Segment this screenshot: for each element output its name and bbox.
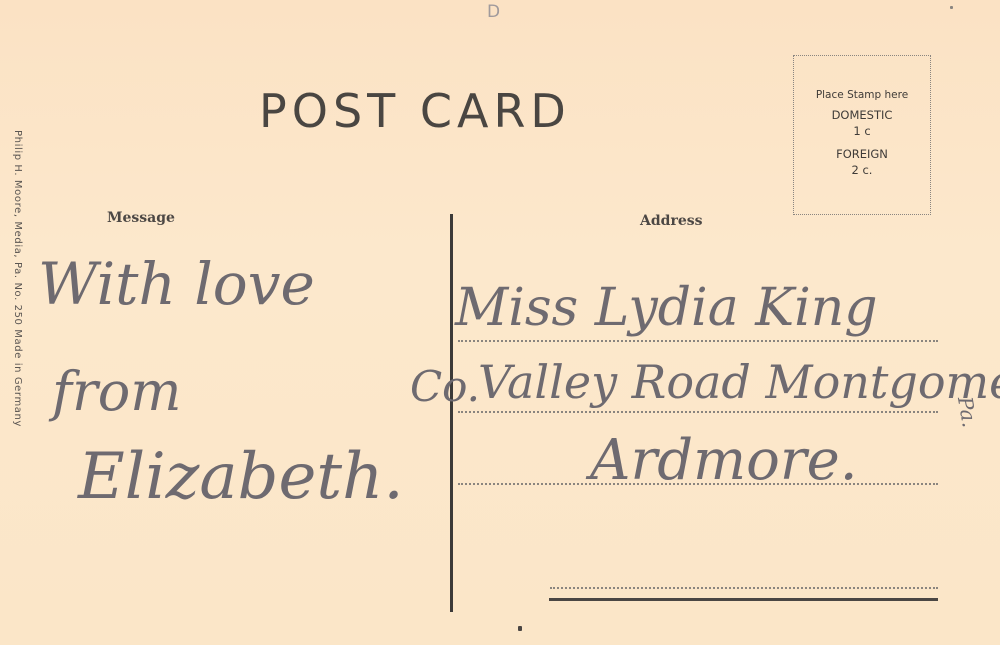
postcard-back: D POST CARD Place Stamp here DOMESTIC 1 … — [0, 0, 1000, 645]
ink-speck — [518, 626, 522, 631]
handwritten-message-line-2: from — [52, 360, 182, 423]
address-line-2 — [458, 411, 938, 413]
address-line-4 — [550, 587, 938, 589]
pencil-mark: D — [487, 2, 500, 22]
handwritten-address-prefix: Co. — [410, 362, 480, 411]
stamp-foreign-rate: 2 c. — [794, 163, 930, 177]
message-label: Message — [107, 210, 175, 226]
postcard-title: POST CARD — [259, 88, 571, 134]
handwritten-message-line-1: With love — [38, 250, 315, 318]
address-label: Address — [640, 213, 703, 229]
handwritten-town: Ardmore. — [590, 428, 858, 493]
stamp-box: Place Stamp here DOMESTIC 1 c FOREIGN 2 … — [793, 55, 931, 215]
center-divider — [450, 214, 453, 612]
address-line-1 — [458, 340, 938, 342]
handwritten-signature: Elizabeth. — [78, 440, 404, 514]
ink-speck — [950, 6, 953, 9]
handwritten-state: Pa. — [953, 395, 982, 430]
address-underline — [549, 598, 938, 601]
handwritten-street: Valley Road Montgomery — [478, 355, 1000, 409]
stamp-domestic-rate: 1 c — [794, 124, 930, 138]
stamp-domestic-label: DOMESTIC — [794, 108, 930, 122]
handwritten-recipient: Miss Lydia King — [455, 278, 877, 338]
publisher-imprint: Philip H. Moore, Media, Pa. No. 250 Made… — [12, 130, 23, 427]
stamp-foreign-label: FOREIGN — [794, 147, 930, 161]
stamp-instruction: Place Stamp here — [794, 89, 930, 101]
